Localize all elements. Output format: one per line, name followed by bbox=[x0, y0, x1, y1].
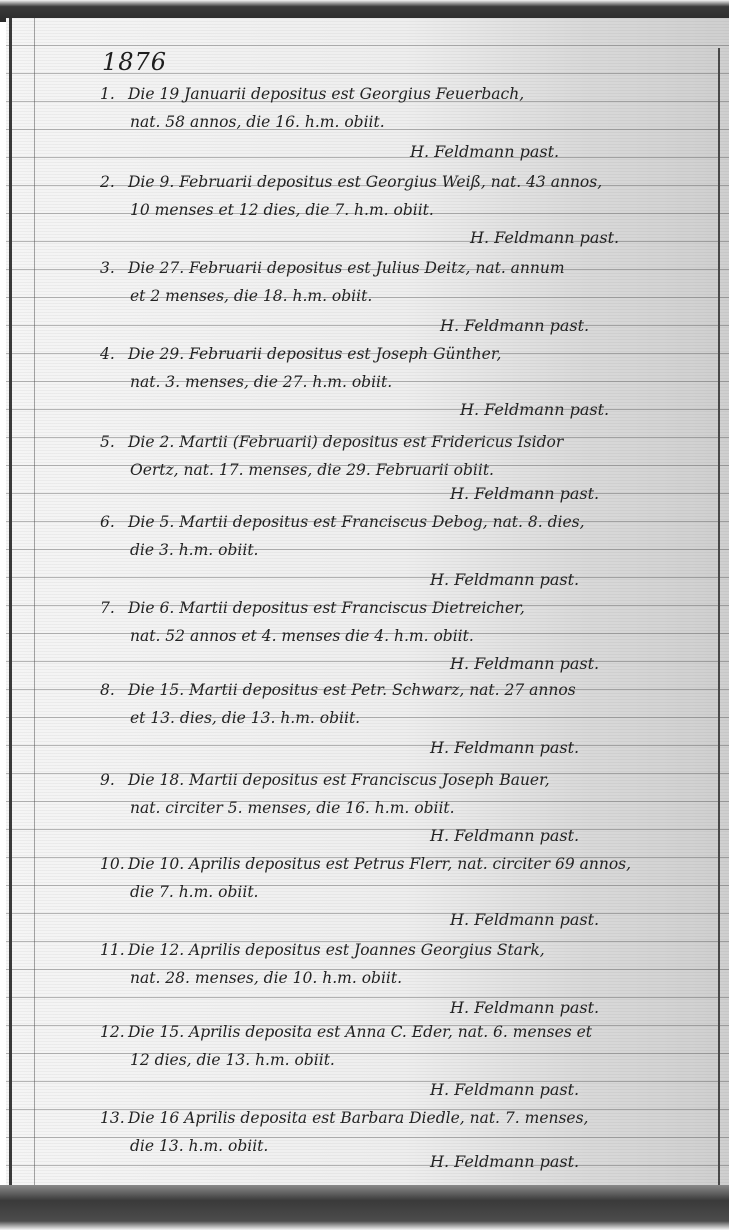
entry-number: 11. bbox=[100, 936, 128, 964]
register-entry: 2.Die 9. Februarii depositus est Georgiu… bbox=[100, 168, 680, 224]
pastor-signature: H. Feldmann past. bbox=[430, 1152, 579, 1171]
register-entry: 9.Die 18. Martii depositus est Franciscu… bbox=[100, 766, 680, 822]
entry-text: Die 12. Aprilis depositus est Joannes Ge… bbox=[128, 941, 545, 959]
entry-number: 6. bbox=[100, 508, 128, 536]
pastor-signature: H. Feldmann past. bbox=[450, 484, 599, 503]
pastor-signature: H. Feldmann past. bbox=[440, 316, 589, 335]
entry-text-continued: nat. 3. menses, die 27. h.m. obiit. bbox=[100, 368, 680, 396]
entry-text: Die 15. Aprilis deposita est Anna C. Ede… bbox=[128, 1023, 592, 1041]
pastor-signature: H. Feldmann past. bbox=[430, 570, 579, 589]
entry-number: 7. bbox=[100, 594, 128, 622]
pastor-signature: H. Feldmann past. bbox=[450, 998, 599, 1017]
pastor-signature: H. Feldmann past. bbox=[450, 910, 599, 929]
register-entry: 5.Die 2. Martii (Februarii) depositus es… bbox=[100, 428, 680, 484]
entry-number: 10. bbox=[100, 850, 128, 878]
entry-text-continued: 10 menses et 12 dies, die 7. h.m. obiit. bbox=[100, 196, 680, 224]
entry-text: Die 2. Martii (Februarii) depositus est … bbox=[128, 433, 563, 451]
right-border-rule bbox=[718, 48, 720, 1198]
pastor-signature: H. Feldmann past. bbox=[430, 1080, 579, 1099]
entry-number: 5. bbox=[100, 428, 128, 456]
entry-text: Die 9. Februarii depositus est Georgius … bbox=[128, 173, 602, 191]
entry-number: 4. bbox=[100, 340, 128, 368]
entry-number: 13. bbox=[100, 1104, 128, 1132]
pastor-signature: H. Feldmann past. bbox=[410, 142, 559, 161]
entry-text-continued: 12 dies, die 13. h.m. obiit. bbox=[100, 1046, 680, 1074]
pastor-signature: H. Feldmann past. bbox=[430, 738, 579, 757]
entry-number: 2. bbox=[100, 168, 128, 196]
pastor-signature: H. Feldmann past. bbox=[460, 400, 609, 419]
entry-text: Die 10. Aprilis depositus est Petrus Fle… bbox=[128, 855, 631, 873]
register-entry: 11.Die 12. Aprilis depositus est Joannes… bbox=[100, 936, 680, 992]
register-entry: 6.Die 5. Martii depositus est Franciscus… bbox=[100, 508, 680, 564]
register-entry: 4.Die 29. Februarii depositus est Joseph… bbox=[100, 340, 680, 396]
left-border-rule bbox=[9, 18, 12, 1198]
entry-text-continued: nat. 58 annos, die 16. h.m. obiit. bbox=[100, 108, 680, 136]
entry-text-continued: die 13. h.m. obiit. bbox=[100, 1132, 680, 1160]
entry-text-continued: nat. circiter 5. menses, die 16. h.m. ob… bbox=[100, 794, 680, 822]
entry-text: Die 16 Aprilis deposita est Barbara Died… bbox=[128, 1109, 588, 1127]
register-entry: 13.Die 16 Aprilis deposita est Barbara D… bbox=[100, 1104, 680, 1160]
register-entry: 7.Die 6. Martii depositus est Franciscus… bbox=[100, 594, 680, 650]
entry-text-continued: Oertz, nat. 17. menses, die 29. Februari… bbox=[100, 456, 680, 484]
entry-text: Die 15. Martii depositus est Petr. Schwa… bbox=[128, 681, 576, 699]
entry-text-continued: die 3. h.m. obiit. bbox=[100, 536, 680, 564]
entry-number: 1. bbox=[100, 80, 128, 108]
register-year: 1876 bbox=[102, 48, 167, 76]
entry-number: 8. bbox=[100, 676, 128, 704]
entry-text: Die 19 Januarii depositus est Georgius F… bbox=[128, 85, 524, 103]
entry-number: 3. bbox=[100, 254, 128, 282]
entry-text: Die 27. Februarii depositus est Julius D… bbox=[128, 259, 565, 277]
entry-text-continued: nat. 52 annos et 4. menses die 4. h.m. o… bbox=[100, 622, 680, 650]
register-entry: 12.Die 15. Aprilis deposita est Anna C. … bbox=[100, 1018, 680, 1074]
register-entry: 1.Die 19 Januarii depositus est Georgius… bbox=[100, 80, 680, 136]
entry-text: Die 6. Martii depositus est Franciscus D… bbox=[128, 599, 525, 617]
entry-text: Die 5. Martii depositus est Franciscus D… bbox=[128, 513, 585, 531]
register-entry: 3.Die 27. Februarii depositus est Julius… bbox=[100, 254, 680, 310]
entry-text-continued: et 2 menses, die 18. h.m. obiit. bbox=[100, 282, 680, 310]
entry-text-continued: nat. 28. menses, die 10. h.m. obiit. bbox=[100, 964, 680, 992]
entry-number: 9. bbox=[100, 766, 128, 794]
margin-rule bbox=[34, 18, 35, 1198]
pastor-signature: H. Feldmann past. bbox=[470, 228, 619, 247]
scan-bottom-edge bbox=[0, 1185, 729, 1230]
entry-text-continued: die 7. h.m. obiit. bbox=[100, 878, 680, 906]
entry-text: Die 29. Februarii depositus est Joseph G… bbox=[128, 345, 501, 363]
entry-text: Die 18. Martii depositus est Franciscus … bbox=[128, 771, 550, 789]
entry-text-continued: et 13. dies, die 13. h.m. obiit. bbox=[100, 704, 680, 732]
pastor-signature: H. Feldmann past. bbox=[450, 654, 599, 673]
register-entry: 8.Die 15. Martii depositus est Petr. Sch… bbox=[100, 676, 680, 732]
entry-number: 12. bbox=[100, 1018, 128, 1046]
pastor-signature: H. Feldmann past. bbox=[430, 826, 579, 845]
register-entry: 10.Die 10. Aprilis depositus est Petrus … bbox=[100, 850, 680, 906]
